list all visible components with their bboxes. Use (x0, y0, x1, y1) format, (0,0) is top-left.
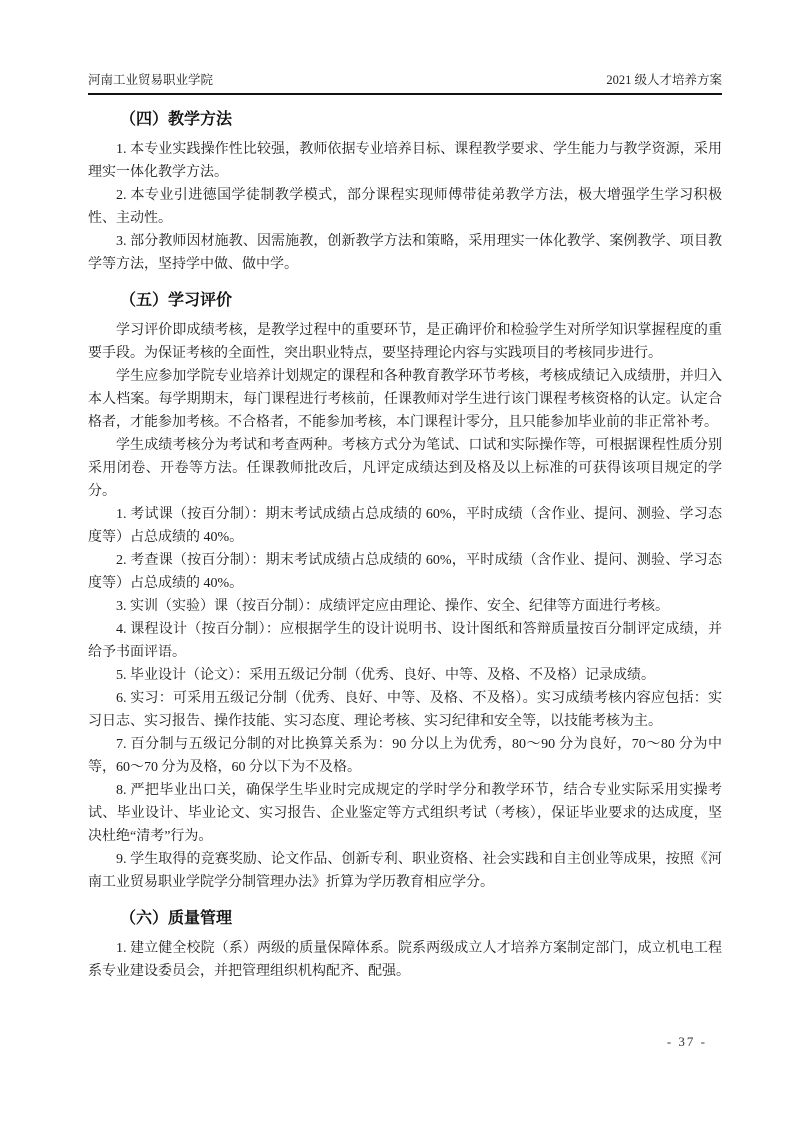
paragraph: 1. 考试课（按百分制）：期末考试成绩占总成绩的 60%，平时成绩（含作业、提问… (88, 503, 722, 549)
paragraph: 6. 实习：可采用五级记分制（优秀、良好、中等、及格、不及格）。实习成绩考核内容… (88, 687, 722, 733)
paragraph: 3. 部分教师因材施教、因需施教，创新教学方法和策略，采用理实一体化教学、案例教… (88, 230, 722, 276)
document-body: （四）教学方法 1. 本专业实践操作性比较强，教师依据专业培养目标、课程教学要求… (0, 109, 793, 983)
document-page: 河南工业贸易职业学院 2021 级人才培养方案 （四）教学方法 1. 本专业实践… (0, 0, 793, 1122)
paragraph: 7. 百分制与五级记分制的对比换算关系为：90 分以上为优秀，80～90 分为良… (88, 733, 722, 779)
header-school-name: 河南工业贸易职业学院 (88, 72, 213, 88)
section-heading-quality-management: （六）质量管理 (88, 908, 722, 930)
paragraph: 1. 本专业实践操作性比较强，教师依据专业培养目标、课程教学要求、学生能力与教学… (88, 138, 722, 184)
paragraph: 2. 考查课（按百分制）：期末考试成绩占总成绩的 60%，平时成绩（含作业、提问… (88, 549, 722, 595)
paragraph: 5. 毕业设计（论文）：采用五级记分制（优秀、良好、中等、及格、不及格）记录成绩… (88, 664, 722, 687)
section-heading-teaching-methods: （四）教学方法 (88, 109, 722, 131)
page-number: - 37 - (667, 1034, 707, 1049)
paragraph: 学生成绩考核分为考试和考查两种。考核方式分为笔试、口试和实际操作等，可根据课程性… (88, 434, 722, 503)
page-header: 河南工业贸易职业学院 2021 级人才培养方案 (0, 0, 793, 88)
header-doc-title: 2021 级人才培养方案 (606, 72, 722, 88)
paragraph: 2. 本专业引进德国学徒制教学模式，部分课程实现师傅带徒弟教学方法，极大增强学生… (88, 184, 722, 230)
paragraph: 1. 建立健全校院（系）两级的质量保障体系。院系两级成立人才培养方案制定部门，成… (88, 937, 722, 983)
paragraph: 9. 学生取得的竞赛奖励、论文作品、创新专利、职业资格、社会实践和自主创业等成果… (88, 848, 722, 894)
page-footer: - 37 - (667, 1034, 707, 1050)
header-rule (88, 93, 722, 95)
paragraph: 学习评价即成绩考核，是教学过程中的重要环节，是正确评价和检验学生对所学知识掌握程… (88, 319, 722, 365)
paragraph: 学生应参加学院专业培养计划规定的课程和各种教育教学环节考核，考核成绩记入成绩册，… (88, 365, 722, 434)
paragraph: 3. 实训（实验）课（按百分制）：成绩评定应由理论、操作、安全、纪律等方面进行考… (88, 595, 722, 618)
paragraph: 8. 严把毕业出口关，确保学生毕业时完成规定的学时学分和教学环节，结合专业实际采… (88, 779, 722, 848)
paragraph: 4. 课程设计（按百分制）：应根据学生的设计说明书、设计图纸和答辩质量按百分制评… (88, 618, 722, 664)
section-heading-learning-evaluation: （五）学习评价 (88, 290, 722, 312)
